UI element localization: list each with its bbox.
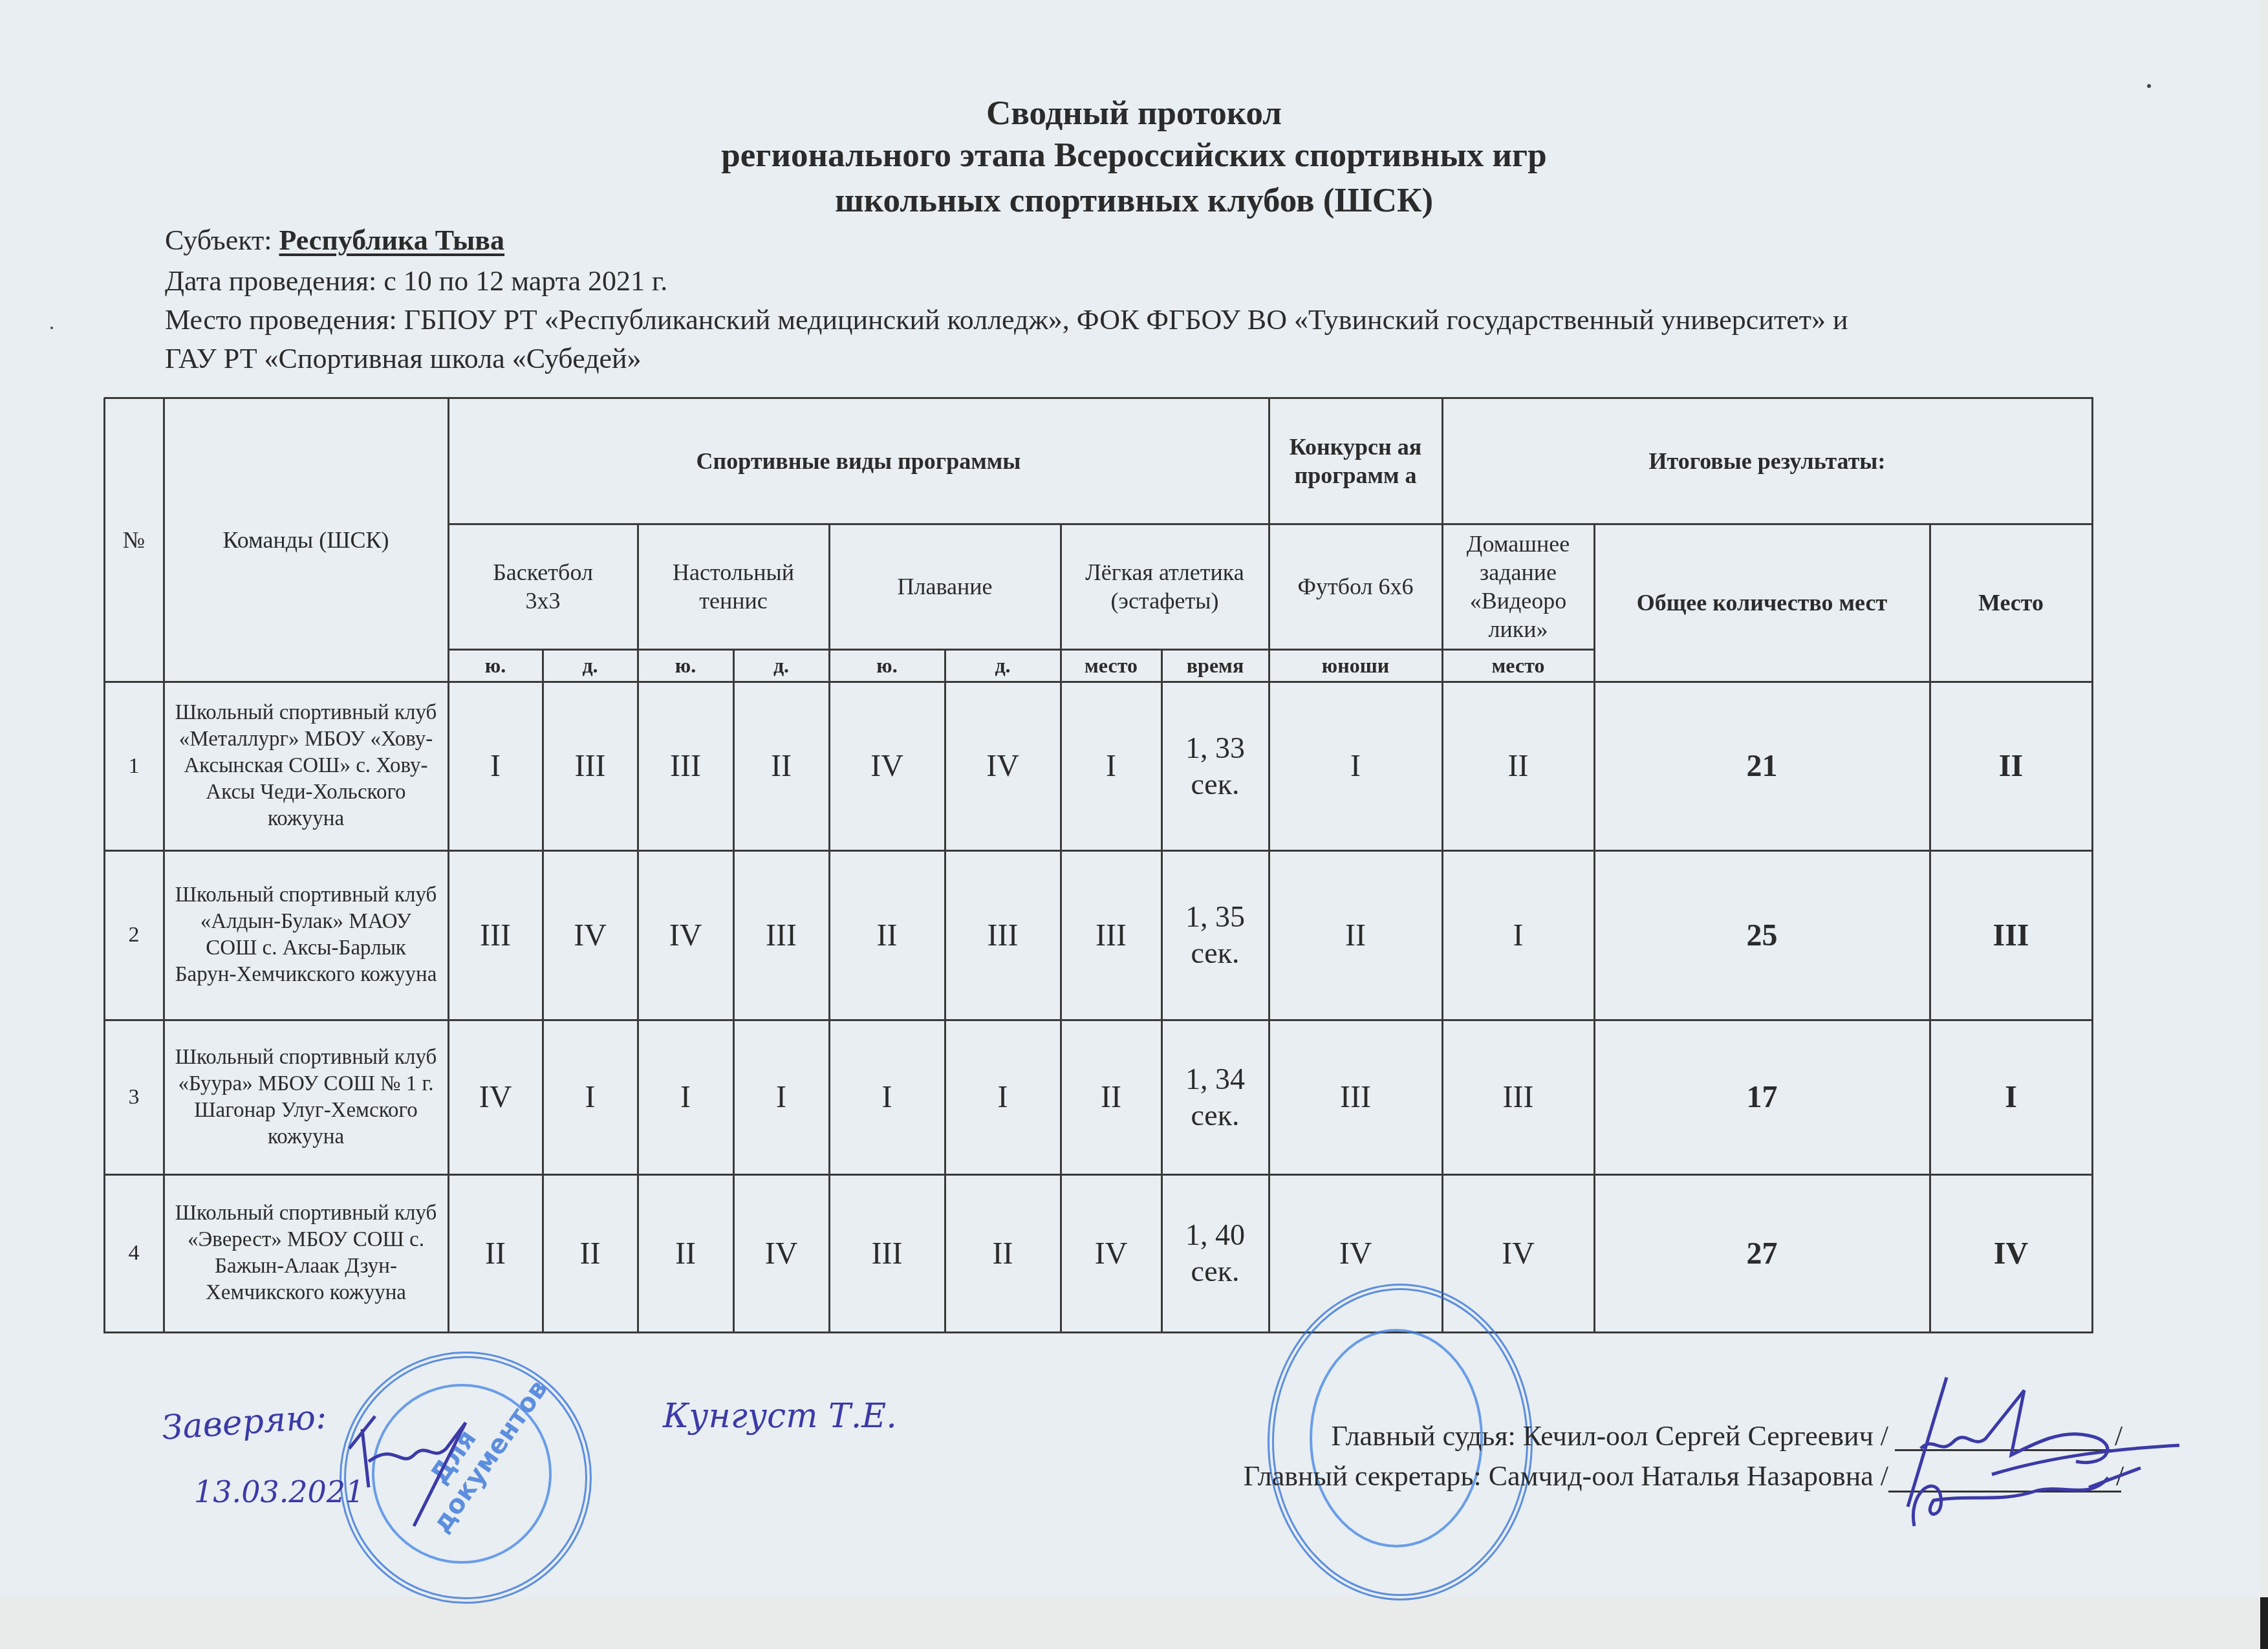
row-cell-text: III <box>1503 1079 1534 1115</box>
table-rule <box>542 649 544 1333</box>
header-homework-text: Домашнее задание «Видеоро лики» <box>1450 530 1586 643</box>
table-rule <box>1161 649 1163 1333</box>
row-cell-text: I <box>1513 918 1524 953</box>
row-cell-text: II <box>1508 748 1529 784</box>
row-cell-text: IV <box>765 1236 798 1271</box>
row-cell: IV <box>829 682 945 850</box>
table-rule <box>2091 398 2093 1333</box>
row-cell: III <box>1442 1020 1594 1174</box>
row-cell: I <box>448 682 543 850</box>
header-basketball-text: Баскетбол 3х3 <box>474 558 612 615</box>
row-final-place: I <box>1930 1020 2092 1174</box>
row-cell: III <box>638 682 733 850</box>
row-cell-text: II <box>993 1236 1013 1271</box>
scanner-edge <box>2260 1597 2268 1649</box>
subheader-5: д. <box>945 649 1061 682</box>
row-cell: II <box>1442 682 1594 850</box>
subheader-9-text: место <box>1492 654 1545 678</box>
row-cell: IV <box>543 850 638 1020</box>
row-total-places-text: 27 <box>1747 1236 1778 1271</box>
title-line-2: регионального этапа Всероссийских спорти… <box>0 135 2268 176</box>
table-rule <box>1060 524 1062 1333</box>
row-cell-text: III <box>670 748 701 784</box>
table-rule <box>733 649 735 1333</box>
row-cell-text: 1, 34 сек. <box>1161 1061 1269 1134</box>
row-cell: I <box>543 1020 638 1174</box>
row-cell: IV <box>638 850 733 1020</box>
header-sports-group-text: Спортивные виды программы <box>697 447 1021 475</box>
subject-label: Субъект: <box>165 224 279 256</box>
subheader-0-text: ю. <box>485 654 506 678</box>
subheader-2: ю. <box>638 649 733 682</box>
row-team-text: Школьный спортивный клуб «Буура» МБОУ СО… <box>173 1044 439 1150</box>
subheader-6-text: место <box>1085 654 1138 678</box>
subheader-2-text: ю. <box>675 654 696 678</box>
row-cell-text: III <box>575 748 606 784</box>
subheader-5-text: д. <box>995 654 1010 678</box>
row-cell: III <box>733 850 829 1020</box>
row-team-text: Школьный спортивный клуб «Металлург» МБО… <box>173 700 439 832</box>
row-cell-text: IV <box>986 748 1019 784</box>
row-cell: I <box>829 1020 945 1174</box>
row-cell: II <box>638 1174 733 1332</box>
chief-judge-line: Главный судья: Кечил-оол Сергей Сергееви… <box>1332 1418 1888 1454</box>
row-cell: III <box>1061 850 1161 1020</box>
table-rule <box>104 1019 2093 1021</box>
row-cell-text: IV <box>479 1079 512 1115</box>
header-total-places: Общее количество мест <box>1594 524 1930 682</box>
row-final-place: IV <box>1930 1174 2092 1332</box>
header-teams: Команды (ШСК) <box>164 398 448 682</box>
header-number-text: № <box>123 526 145 554</box>
header-basketball: Баскетбол 3х3 <box>448 524 638 649</box>
table-rule <box>103 398 105 1333</box>
row-team-text: Школьный спортивный клуб «Эверест» МБОУ … <box>173 1200 439 1306</box>
scan-speck <box>50 327 53 329</box>
table-rule <box>104 397 2093 399</box>
table-rule <box>828 524 830 1333</box>
row-cell-text: IV <box>1339 1236 1372 1271</box>
subject-line: Субъект: Республика Тыва <box>165 221 504 260</box>
row-cell: IV <box>733 1174 829 1332</box>
row-cell: I <box>1442 850 1594 1020</box>
table-rule <box>1442 398 1443 1333</box>
certifier-signature <box>336 1403 485 1533</box>
subheader-4: ю. <box>829 649 945 682</box>
judge-signature <box>1895 1364 2192 1533</box>
subheader-7: время <box>1161 649 1269 682</box>
certifier-handwriting: Кунгуст Т.Е. <box>663 1397 897 1436</box>
subheader-9: место <box>1442 649 1594 682</box>
row-cell-text: I <box>585 1079 596 1115</box>
table-rule <box>448 523 2093 525</box>
row-cell-text: I <box>998 1079 1008 1115</box>
row-total-places-text: 17 <box>1747 1079 1778 1115</box>
table-rule <box>1929 524 1931 1333</box>
row-final-place-text: I <box>2005 1079 2017 1115</box>
row-cell-text: I <box>776 1079 786 1115</box>
header-athletics-text: Лёгкая атлетика (эстафеты) <box>1080 558 1249 615</box>
row-cell-text: 1, 40 сек. <box>1161 1217 1269 1289</box>
header-athletics: Лёгкая атлетика (эстафеты) <box>1061 524 1269 649</box>
row-cell-text: I <box>1350 748 1361 784</box>
row-team-text: Школьный спортивный клуб «Алдын-Булак» М… <box>173 882 439 988</box>
row-cell-text: 1, 35 сек. <box>1161 899 1269 971</box>
row-final-place: III <box>1930 850 2092 1020</box>
header-place-text: Место <box>1978 588 2044 617</box>
row-cell: III <box>543 682 638 850</box>
row-total-places-text: 25 <box>1747 918 1778 953</box>
row-cell: IV <box>448 1020 543 1174</box>
row-cell-text: II <box>771 748 792 784</box>
table-rule <box>637 524 639 1333</box>
row-cell: I <box>733 1020 829 1174</box>
row-cell-text: III <box>872 1236 903 1271</box>
table-rule <box>1593 524 1595 1333</box>
subheader-7-text: время <box>1187 654 1244 678</box>
row-number-text: 3 <box>129 1085 140 1110</box>
table-rule <box>944 649 946 1333</box>
venue-line-1: Место проведения: ГБПОУ РТ «Республиканс… <box>165 301 2124 339</box>
row-cell-text: II <box>485 1236 506 1271</box>
row-number-text: 1 <box>129 754 140 779</box>
title-line-3: школьных спортивных клубов (ШСК) <box>0 180 2268 221</box>
row-total-places: 21 <box>1594 682 1930 850</box>
header-swimming: Плавание <box>829 524 1061 649</box>
row-cell: III <box>1269 1020 1442 1174</box>
table-rule <box>104 681 2093 683</box>
date-line: Дата проведения: с 10 по 12 марта 2021 г… <box>165 262 667 301</box>
row-number-text: 4 <box>129 1241 140 1266</box>
subheader-8: юноши <box>1269 649 1442 682</box>
header-totals-group-text: Итоговые результаты: <box>1649 447 1886 475</box>
row-cell-text: II <box>675 1236 696 1271</box>
header-football: Футбол 6х6 <box>1269 524 1442 649</box>
row-cell-text: III <box>766 918 797 953</box>
table-rule <box>104 850 2093 852</box>
chief-secretary-line: Главный секретарь: Самчид-оол Наталья На… <box>1244 1458 1888 1494</box>
row-cell: I <box>1061 682 1161 850</box>
row-team: Школьный спортивный клуб «Буура» МБОУ СО… <box>164 1020 448 1174</box>
row-cell-text: III <box>1340 1079 1371 1115</box>
venue-line-2: ГАУ РТ «Спортивная школа «Субедей» <box>165 339 642 378</box>
row-cell-text: II <box>877 918 898 953</box>
row-cell-text: I <box>882 1079 892 1115</box>
row-cell-text: III <box>988 918 1019 953</box>
row-cell: III <box>945 850 1061 1020</box>
row-total-places: 17 <box>1594 1020 1930 1174</box>
row-number: 3 <box>104 1020 164 1174</box>
row-number: 2 <box>104 850 164 1020</box>
row-cell: 1, 34 сек. <box>1161 1020 1269 1174</box>
row-cell: I <box>638 1020 733 1174</box>
header-table-tennis: Настольный теннис <box>638 524 829 649</box>
row-cell: III <box>448 850 543 1020</box>
row-cell: 1, 40 сек. <box>1161 1174 1269 1332</box>
row-cell-text: IV <box>1502 1236 1535 1271</box>
header-table-tennis-text: Настольный теннис <box>651 558 816 615</box>
row-cell-text: IV <box>1095 1236 1128 1271</box>
row-total-places-text: 21 <box>1747 748 1778 784</box>
header-total-places-text: Общее количество мест <box>1637 588 1887 617</box>
row-cell: II <box>1061 1020 1161 1174</box>
row-final-place: II <box>1930 682 2092 850</box>
subheader-3: д. <box>733 649 829 682</box>
row-team: Школьный спортивный клуб «Алдын-Булак» М… <box>164 850 448 1020</box>
row-total-places: 25 <box>1594 850 1930 1020</box>
header-swimming-text: Плавание <box>898 572 993 601</box>
row-number-text: 2 <box>129 923 140 947</box>
header-homework: Домашнее задание «Видеоро лики» <box>1442 524 1594 649</box>
row-cell-text: I <box>490 748 501 784</box>
table-rule <box>163 398 165 1333</box>
row-cell: IV <box>945 682 1061 850</box>
scan-speck <box>2147 84 2151 88</box>
row-cell: II <box>543 1174 638 1332</box>
row-cell-text: IV <box>574 918 607 953</box>
row-cell-text: I <box>680 1079 691 1115</box>
table-rule <box>448 398 449 1333</box>
row-team: Школьный спортивный клуб «Эверест» МБОУ … <box>164 1174 448 1332</box>
row-cell-text: IV <box>669 918 702 953</box>
header-teams-text: Команды (ШСК) <box>222 526 389 554</box>
row-cell: I <box>945 1020 1061 1174</box>
row-cell-text: I <box>1106 748 1116 784</box>
subheader-8-text: юноши <box>1322 654 1389 678</box>
row-cell: II <box>829 850 945 1020</box>
row-total-places: 27 <box>1594 1174 1930 1332</box>
subheader-1-text: д. <box>582 654 598 678</box>
row-cell: II <box>733 682 829 850</box>
row-number: 4 <box>104 1174 164 1332</box>
row-cell-text: II <box>1101 1079 1121 1115</box>
subheader-1: д. <box>543 649 638 682</box>
subheader-4-text: ю. <box>876 654 897 678</box>
subheader-3-text: д. <box>773 654 789 678</box>
header-contest-group-text: Конкурсн ая программ а <box>1275 433 1436 490</box>
header-totals-group: Итоговые результаты: <box>1442 398 2092 524</box>
row-cell: 1, 35 сек. <box>1161 850 1269 1020</box>
row-final-place-text: IV <box>1994 1236 2028 1271</box>
row-final-place-text: II <box>1999 748 2023 784</box>
header-sports-group: Спортивные виды программы <box>448 398 1269 524</box>
subheader-0: ю. <box>448 649 543 682</box>
row-team: Школьный спортивный клуб «Металлург» МБО… <box>164 682 448 850</box>
header-number: № <box>104 398 164 682</box>
row-cell: 1, 33 сек. <box>1161 682 1269 850</box>
row-cell-text: III <box>1096 918 1127 953</box>
table-rule <box>104 1174 2093 1176</box>
row-cell: II <box>1269 850 1442 1020</box>
header-football-text: Футбол 6х6 <box>1298 572 1414 601</box>
row-cell: II <box>448 1174 543 1332</box>
subject-value: Республика Тыва <box>279 224 505 256</box>
row-cell-text: 1, 33 сек. <box>1161 730 1269 803</box>
row-cell-text: III <box>480 918 511 953</box>
row-cell-text: II <box>580 1236 601 1271</box>
subheader-6: место <box>1061 649 1161 682</box>
row-cell: I <box>1269 682 1442 850</box>
header-contest-group: Конкурсн ая программ а <box>1269 398 1442 524</box>
row-cell: IV <box>1061 1174 1161 1332</box>
row-cell-text: II <box>1345 918 1366 953</box>
table-rule <box>104 1331 2093 1333</box>
row-final-place-text: III <box>1993 918 2029 953</box>
header-place: Место <box>1930 524 2092 682</box>
row-number: 1 <box>104 682 164 850</box>
row-cell: II <box>945 1174 1061 1332</box>
table-rule <box>448 649 1595 651</box>
table-rule <box>1268 398 1270 1333</box>
row-cell: III <box>829 1174 945 1332</box>
row-cell-text: IV <box>870 748 903 784</box>
title-line-1: Сводный протокол <box>0 92 2268 134</box>
